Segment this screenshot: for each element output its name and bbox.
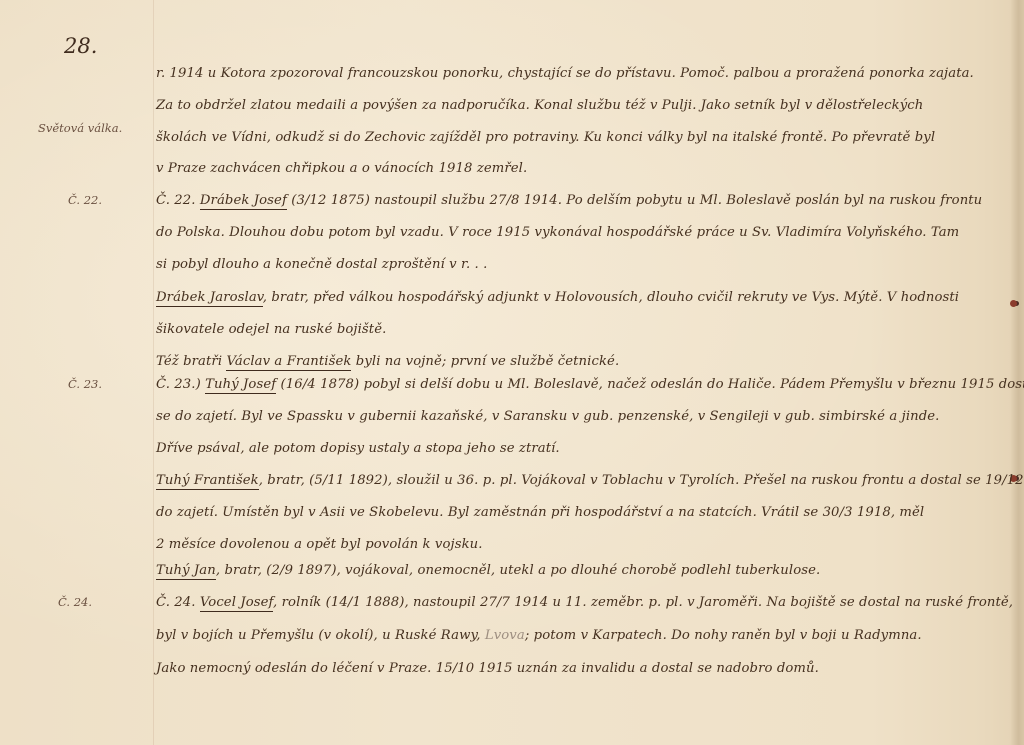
entry-24-heading: Č. 24. Vocel Josef, rolník (14/1 1888), … bbox=[156, 595, 1013, 610]
entry-text: Též bratři bbox=[156, 354, 222, 369]
entry-text: byli na vojně; první ve službě četnické. bbox=[356, 354, 619, 369]
person-name: Vocel Josef bbox=[200, 595, 273, 612]
manuscript-page: 28. Světová válka. Č. 22. Č. 23. Č. 24. … bbox=[0, 0, 1024, 745]
person-name: Tuhý Jan bbox=[156, 563, 216, 580]
text-line: Dříve psával, ale potom dopisy ustaly a … bbox=[156, 441, 560, 456]
entry-text: (16/4 1878) pobyl si delší dobu u Ml. Bo… bbox=[281, 377, 1024, 392]
entry-text: ; potom v Karpatech. Do nohy raněn byl v… bbox=[525, 628, 922, 643]
binding-edge bbox=[1010, 0, 1024, 745]
binding-stitch bbox=[1010, 300, 1017, 307]
margin-rule bbox=[153, 0, 154, 745]
margin-note-entry-23: Č. 23. bbox=[68, 377, 102, 391]
text-line: Jako nemocný odeslán do léčení v Praze. … bbox=[156, 661, 819, 676]
faded-text: Lvova bbox=[485, 628, 525, 643]
entry-text: , rolník (14/1 1888), nastoupil 27/7 191… bbox=[273, 595, 1013, 610]
text-line: školách ve Vídni, odkudž si do Zechovic … bbox=[156, 130, 935, 145]
margin-note-entry-22: Č. 22. bbox=[68, 193, 102, 207]
text-line: v Praze zachvácen chřipkou a o vánocích … bbox=[156, 161, 527, 176]
person-name: Drábek Jaroslav bbox=[156, 290, 263, 307]
entry-number: Č. 24. bbox=[156, 595, 196, 610]
person-name: Tuhý František bbox=[156, 473, 259, 490]
text-line: Tuhý Jan, bratr, (2/9 1897), vojákoval, … bbox=[156, 563, 820, 578]
text-line: do Polska. Dlouhou dobu potom byl vzadu.… bbox=[156, 225, 959, 240]
entry-number: Č. 23.) bbox=[156, 377, 201, 392]
entry-text: , bratr, (2/9 1897), vojákoval, onemocně… bbox=[216, 563, 820, 578]
text-line: 2 měsíce dovolenou a opět byl povolán k … bbox=[156, 537, 483, 552]
person-name: Drábek Josef bbox=[200, 193, 287, 210]
entry-23-heading: Č. 23.) Tuhý Josef (16/4 1878) pobyl si … bbox=[156, 377, 1024, 392]
entry-text: , bratr, před válkou hospodářský adjunkt… bbox=[263, 290, 959, 305]
text-line: si pobyl dlouho a konečně dostal zproště… bbox=[156, 257, 487, 272]
text-line: Drábek Jaroslav, bratr, před válkou hosp… bbox=[156, 290, 959, 305]
text-line: Tuhý František, bratr, (5/11 1892), slou… bbox=[156, 473, 1024, 488]
entry-22-heading: Č. 22. Drábek Josef (3/12 1875) nastoupi… bbox=[156, 193, 982, 208]
entry-text: , bratr, (5/11 1892), sloužil u 36. p. p… bbox=[259, 473, 1024, 488]
entry-number: Č. 22. bbox=[156, 193, 196, 208]
entry-text: (3/12 1875) nastoupil službu 27/8 1914. … bbox=[291, 193, 982, 208]
person-name: Václav a František bbox=[226, 354, 351, 371]
text-line: Za to obdržel zlatou medaili a povýšen z… bbox=[156, 98, 923, 113]
text-line: se do zajetí. Byl ve Spassku v gubernii … bbox=[156, 409, 939, 424]
margin-note-world-war: Světová válka. bbox=[38, 121, 122, 135]
text-line: do zajetí. Umístěn byl v Asii ve Skobele… bbox=[156, 505, 924, 520]
text-line: r. 1914 u Kotora zpozoroval francouzskou… bbox=[156, 66, 974, 81]
text-line: šikovatele odejel na ruské bojiště. bbox=[156, 322, 386, 337]
person-name: Tuhý Josef bbox=[205, 377, 276, 394]
margin-note-entry-24: Č. 24. bbox=[58, 595, 92, 609]
text-line: Též bratři Václav a František byli na vo… bbox=[156, 354, 619, 369]
page-number: 28. bbox=[64, 34, 97, 58]
text-line: byl v bojích u Přemyšlu (v okolí), u Rus… bbox=[156, 628, 922, 643]
entry-text: byl v bojích u Přemyšlu (v okolí), u Rus… bbox=[156, 628, 481, 643]
